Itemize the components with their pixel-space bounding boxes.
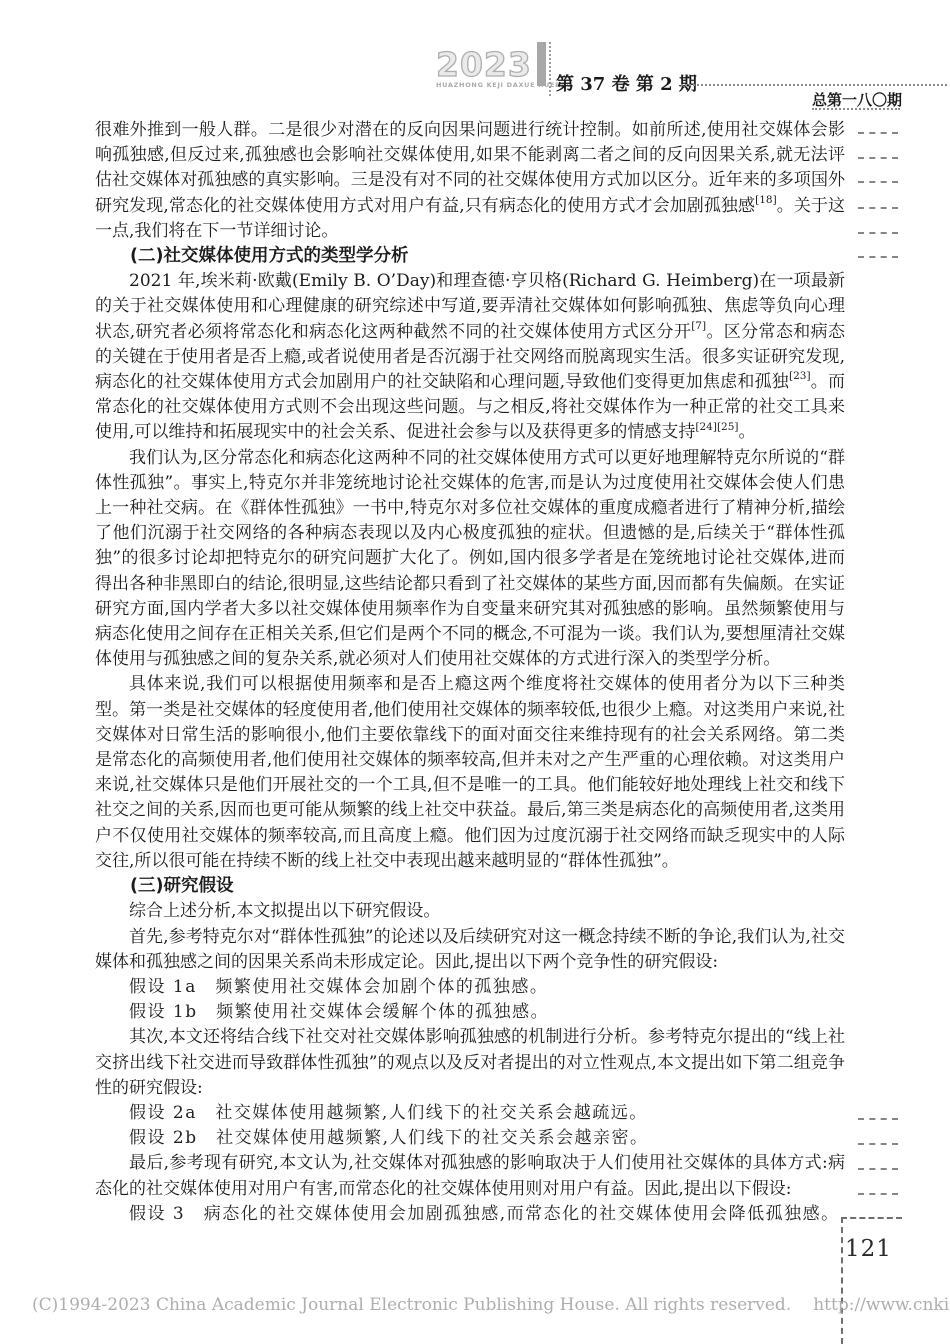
reference-superscript: [24][25] [695, 421, 738, 433]
text-run: 假设 3 病态化的社交媒体使用会加剧孤独感,而常态化的社交媒体使用会降低孤独感。 [129, 1204, 840, 1224]
margin-dash-mark [858, 1118, 898, 1120]
reference-superscript: [18] [755, 194, 777, 206]
header-dotted-rule-2 [812, 108, 900, 110]
page-number-box-left-border [841, 1217, 843, 1344]
journal-logo-subtitle: HUAZHONG KEJI DAXUE XUEBAO [436, 81, 573, 89]
hypothesis-line: 假设 1a 频繁使用社交媒体会加剧个体的孤独感。 [95, 975, 845, 1000]
cnki-url: http://www.cnki.net [813, 1295, 950, 1315]
hypothesis-line: 假设 2a 社交媒体使用越频繁,人们线下的社交关系会越疏远。 [95, 1101, 845, 1126]
margin-dash-mark [858, 1193, 898, 1195]
text-run: (二)社交媒体使用方式的类型学分析 [130, 246, 409, 266]
page-number-box-top-border [841, 1217, 902, 1219]
body-paragraph: 很难外推到一般人群。二是很少对潜在的反向因果问题进行统计控制。如前所述,使用社交… [95, 118, 845, 244]
text-run: 综合上述分析,本文拟提出以下研究假设。 [129, 901, 440, 921]
body-paragraph: 首先,参考特克尔对“群体性孤独”的论述以及后续研究对这一概念持续不断的争论,我们… [95, 925, 845, 975]
hypothesis-line: 假设 3 病态化的社交媒体使用会加剧孤独感,而常态化的社交媒体使用会降低孤独感。 [95, 1202, 845, 1227]
body-paragraph: 其次,本文还将结合线下社交对社交媒体影响孤独感的机制进行分析。参考特克尔提出的“… [95, 1025, 845, 1101]
margin-dash-mark [858, 157, 898, 159]
header-dotted-rule [681, 84, 947, 86]
copyright-text: (C)1994-2023 China Academic Journal Elec… [32, 1295, 791, 1315]
text-run: 具体来说,我们可以根据使用频率和是否上瘾这两个维度将社交媒体的使用者分为以下三种… [95, 674, 845, 870]
cumulative-issue-label: 总第一八〇期 [812, 89, 902, 110]
hypothesis-line: 假设 2b 社交媒体使用越频繁,人们线下的社交关系会越亲密。 [95, 1126, 845, 1151]
body-paragraph: 2021 年,埃米莉·欧戴(Emily B. O’Day)和理查德·亨贝格(Ri… [95, 269, 845, 445]
margin-dash-mark [858, 1168, 898, 1170]
volume-issue-label: 第 37 卷 第 2 期 [556, 70, 697, 96]
text-run: 假设 1b 频繁使用社交媒体会缓解个体的孤独感。 [129, 1002, 549, 1022]
header-divider-bar [537, 42, 546, 86]
body-paragraph: 我们认为,区分常态化和病态化这两种不同的社交媒体使用方式可以更好地理解特克尔所说… [95, 446, 845, 673]
margin-dash-mark [858, 132, 898, 134]
text-run: 首先,参考特克尔对“群体性孤独”的论述以及后续研究对这一概念持续不断的争论,我们… [95, 927, 845, 972]
journal-logo: 2023 HUAZHONG KEJI DAXUE XUEBAO [436, 50, 573, 89]
reference-superscript: [7] [691, 320, 706, 332]
section-heading: (二)社交媒体使用方式的类型学分析 [95, 244, 845, 269]
margin-dash-mark [858, 181, 898, 183]
text-run: 很难外推到一般人群。二是很少对潜在的反向因果问题进行统计控制。如前所述,使用社交… [95, 120, 845, 216]
margin-dash-mark [858, 232, 898, 234]
margin-dash-mark [858, 207, 898, 209]
text-run: 假设 2a 社交媒体使用越频繁,人们线下的社交关系会越疏远。 [129, 1103, 648, 1123]
reference-superscript: [23] [789, 370, 811, 382]
text-run: 我们认为,区分常态化和病态化这两种不同的社交媒体使用方式可以更好地理解特克尔所说… [95, 448, 845, 670]
section-heading: (三)研究假设 [95, 874, 845, 899]
page-footer: (C)1994-2023 China Academic Journal Elec… [32, 1295, 822, 1315]
text-run: 。 [739, 422, 756, 442]
body-paragraph: 最后,参考现有研究,本文认为,社交媒体对孤独感的影响取决于人们使用社交媒体的具体… [95, 1151, 845, 1201]
text-run: 最后,参考现有研究,本文认为,社交媒体对孤独感的影响取决于人们使用社交媒体的具体… [95, 1153, 845, 1198]
body-paragraph: 具体来说,我们可以根据使用频率和是否上瘾这两个维度将社交媒体的使用者分为以下三种… [95, 672, 845, 874]
text-run: (三)研究假设 [130, 876, 234, 896]
body-paragraph: 综合上述分析,本文拟提出以下研究假设。 [95, 899, 845, 924]
text-run: 假设 1a 频繁使用社交媒体会加剧个体的孤独感。 [129, 977, 548, 997]
margin-dash-mark [858, 1143, 898, 1145]
text-run: 假设 2b 社交媒体使用越频繁,人们线下的社交关系会越亲密。 [129, 1128, 649, 1148]
margin-dash-mark [858, 256, 898, 258]
article-body: 很难外推到一般人群。二是很少对潜在的反向因果问题进行统计控制。如前所述,使用社交… [95, 118, 845, 1227]
page-number: 121 [845, 1236, 892, 1262]
header-vertical-dotted-rule [549, 42, 551, 96]
hypothesis-line: 假设 1b 频繁使用社交媒体会缓解个体的孤独感。 [95, 1000, 845, 1025]
journal-logo-year: 2023 [436, 50, 573, 80]
journal-page-scan: 2023 HUAZHONG KEJI DAXUE XUEBAO 第 37 卷 第… [0, 0, 950, 1344]
text-run: 其次,本文还将结合线下社交对社交媒体影响孤独感的机制进行分析。参考特克尔提出的“… [95, 1027, 845, 1097]
